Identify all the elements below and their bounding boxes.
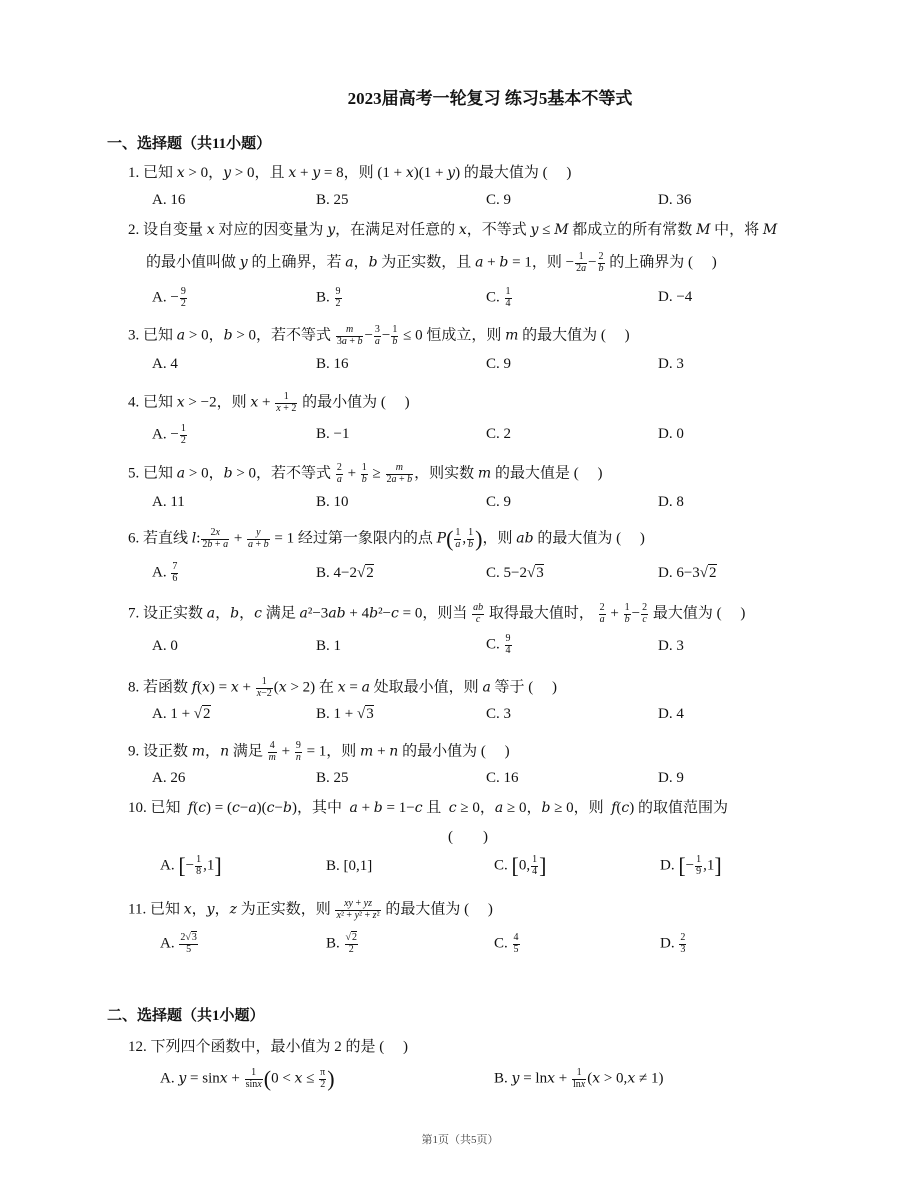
- question-11: 11. 已知 x，y，z 为正实数，则 xy + yzx² + y² + z² …: [128, 899, 493, 921]
- q-text: 已知: [143, 465, 173, 481]
- q-text: 处取最小值，则: [374, 679, 479, 695]
- q-text: 的最大值为 (: [464, 165, 548, 181]
- question-number: 7.: [128, 605, 139, 621]
- q5-option-c[interactable]: C. 9: [486, 495, 511, 510]
- q3-option-a[interactable]: A. 4: [152, 357, 178, 372]
- question-6: 6. 若直线 l:2x2b + a + ya + b = 1 经过第一象限内的点…: [128, 528, 645, 550]
- q-text: ，则: [217, 394, 247, 410]
- q7-option-d[interactable]: D. 3: [658, 639, 684, 654]
- question-number: 8.: [128, 679, 139, 695]
- q-text: ，则: [482, 530, 512, 546]
- q4-option-a[interactable]: A. −12: [152, 424, 188, 446]
- q-text: 已知: [143, 394, 173, 410]
- q-text: ，: [354, 254, 369, 270]
- q-text: 取得最大值时，: [489, 605, 594, 621]
- q8-option-b[interactable]: B. 1 + √3: [316, 707, 374, 722]
- q7-option-c[interactable]: C. 94: [486, 634, 513, 656]
- q1-option-a[interactable]: A. 16: [152, 193, 185, 208]
- question-number: 6.: [128, 530, 139, 546]
- q-text: 已知: [143, 327, 173, 343]
- q10-option-b[interactable]: B. [0,1]: [326, 859, 372, 874]
- question-8: 8. 若函数 f(x) = x + 1x−2(x > 2) 在 x = a 处取…: [128, 677, 557, 699]
- q-text: 的最小值为 (: [402, 743, 486, 759]
- question-2-line-1: 2. 设自变量 x 对应的因变量为 y，在满足对任意的 x，不等式 y ≤ M …: [128, 223, 777, 238]
- q-text: 最大值为 (: [653, 605, 722, 621]
- q5-option-b[interactable]: B. 10: [316, 495, 349, 510]
- question-number: 2.: [128, 222, 139, 238]
- q12-option-b[interactable]: B. y = lnx + 1lnx(x > 0,x ≠ 1): [494, 1068, 663, 1090]
- q-text: ，则: [344, 165, 374, 181]
- q9-option-a[interactable]: A. 26: [152, 771, 185, 786]
- question-number: 11.: [128, 901, 146, 917]
- q8-option-a[interactable]: A. 1 + √2: [152, 707, 211, 722]
- q4-option-b[interactable]: B. −1: [316, 427, 349, 442]
- question-number: 1.: [128, 165, 139, 181]
- question-2-line-2: 的最小值叫做 y 的上确界，若 a，b 为正实数，且 a + b = 1，则 −…: [146, 252, 717, 274]
- question-number: 3.: [128, 327, 139, 343]
- q-text: 已知: [143, 165, 173, 181]
- q6-option-a[interactable]: A. 76: [152, 562, 179, 584]
- q3-option-b[interactable]: B. 16: [316, 357, 349, 372]
- q12-option-a[interactable]: A. y = sinx + 1sinx(0 < x ≤ π2): [160, 1068, 335, 1090]
- q1-option-b[interactable]: B. 25: [316, 193, 349, 208]
- question-5: 5. 已知 a > 0，b > 0，若不等式 2a + 1b ≥ m2a + b…: [128, 463, 602, 485]
- page-title: 2023届高考一轮复习 练习5基本不等式: [0, 90, 920, 107]
- q3-option-d[interactable]: D. 3: [658, 357, 684, 372]
- question-12: 12. 下列四个函数中，最小值为 2 的是 ( ): [128, 1040, 408, 1055]
- q-text: ，则: [326, 743, 356, 759]
- q6-option-c[interactable]: C. 5−2√3: [486, 566, 544, 581]
- q-text: ，在满足对任意的: [335, 222, 455, 238]
- q-text: ，: [209, 465, 224, 481]
- q8-option-c[interactable]: C. 3: [486, 707, 511, 722]
- q-text: 的最大值是 (: [495, 465, 579, 481]
- q-text: ，不等式: [467, 222, 527, 238]
- q-text: 满足: [233, 743, 263, 759]
- q8-option-d[interactable]: D. 4: [658, 707, 684, 722]
- q-text: 对应的因变量为: [218, 222, 323, 238]
- q2-option-b[interactable]: B. 92: [316, 287, 343, 309]
- q-text: 的最大值为 (: [522, 327, 606, 343]
- q-text: 已知: [150, 901, 180, 917]
- q11-option-a[interactable]: A. 2√35: [160, 933, 199, 955]
- page-footer: 第1页（共5页）: [0, 1135, 920, 1146]
- q11-option-d[interactable]: D. 23: [660, 933, 687, 955]
- q-text: ，若不等式: [256, 465, 331, 481]
- q-text: ，其中: [297, 800, 342, 816]
- question-number: 5.: [128, 465, 139, 481]
- q10-option-a[interactable]: A. [−18,1]: [160, 855, 222, 877]
- question-number: 12.: [128, 1039, 147, 1055]
- question-4: 4. 已知 x > −2，则 x + 1x + 2 的最小值为 ( ): [128, 392, 410, 414]
- q1-option-c[interactable]: C. 9: [486, 193, 511, 208]
- q-text: 的最大值为 (: [537, 530, 621, 546]
- q-text: 为正实数，则: [241, 901, 331, 917]
- section-header-2: 二、选择题（共1小题）: [107, 1009, 265, 1024]
- q-text: 且: [426, 800, 441, 816]
- q7-option-a[interactable]: A. 0: [152, 639, 178, 654]
- question-10: 10. 已知 f(c) = (c−a)(c−b)，其中 a + b = 1−c …: [128, 801, 728, 816]
- question-10-paren: ( ): [448, 830, 488, 845]
- q10-option-d[interactable]: D. [−19,1]: [660, 855, 722, 877]
- q6-option-b[interactable]: B. 4−2√2: [316, 566, 374, 581]
- q-text: ，则实数: [414, 465, 474, 481]
- q-text: ，则当: [422, 605, 467, 621]
- q-text: 恒成立，则: [426, 327, 501, 343]
- q-text: 已知: [151, 800, 181, 816]
- q-text: ，则: [574, 800, 604, 816]
- q7-option-b[interactable]: B. 1: [316, 639, 341, 654]
- q-text: ，: [208, 165, 223, 181]
- question-1: 1. 已知 x > 0，y > 0，且 x + y = 8，则 (1 + x)(…: [128, 166, 571, 181]
- q5-option-a[interactable]: A. 11: [152, 495, 185, 510]
- question-7: 7. 设正实数 a，b，c 满足 a²−3ab + 4b²−c = 0，则当 a…: [128, 603, 745, 625]
- q-text: 的最小值叫做: [146, 254, 236, 270]
- q-text: 的取值范围为: [638, 800, 728, 816]
- q-text: 若函数: [143, 679, 188, 695]
- q6-option-d[interactable]: D. 6−3√2: [658, 566, 717, 581]
- q4-option-d[interactable]: D. 0: [658, 427, 684, 442]
- q2-option-a[interactable]: A. −92: [152, 287, 188, 309]
- q-text: 的上确界，若: [251, 254, 341, 270]
- q-text: 的最大值为 (: [385, 901, 469, 917]
- q2-option-d[interactable]: D. −4: [658, 290, 692, 305]
- q9-option-c[interactable]: C. 16: [486, 771, 519, 786]
- q-text: ，则: [532, 254, 562, 270]
- q-text: 满足: [266, 605, 296, 621]
- q-text: 设自变量: [143, 222, 203, 238]
- q-text: 的最小值为 (: [302, 394, 386, 410]
- q-text: 为正实数，且: [381, 254, 471, 270]
- question-number: 4.: [128, 394, 139, 410]
- q9-option-b[interactable]: B. 25: [316, 771, 349, 786]
- q-text: 中，将: [714, 222, 759, 238]
- q-text: 的上确界为 (: [609, 254, 693, 270]
- q9-option-d[interactable]: D. 9: [658, 771, 684, 786]
- q-text: ，: [209, 327, 224, 343]
- q-text: 等于 (: [495, 679, 534, 695]
- q-text: 经过第一象限内的点: [298, 530, 433, 546]
- q1-option-d[interactable]: D. 36: [658, 193, 691, 208]
- question-3: 3. 已知 a > 0，b > 0，若不等式 m3a + b−3a−1b ≤ 0…: [128, 325, 630, 347]
- q11-option-b[interactable]: B. √22: [326, 933, 359, 955]
- q5-option-d[interactable]: D. 8: [658, 495, 684, 510]
- q-text: 设正实数: [143, 605, 203, 621]
- q2-option-c[interactable]: C. 14: [486, 287, 513, 309]
- q10-option-c[interactable]: C. [0,14]: [494, 855, 546, 877]
- question-number: 10.: [128, 800, 147, 816]
- q4-option-c[interactable]: C. 2: [486, 427, 511, 442]
- q-text: 都成立的所有常数: [572, 222, 692, 238]
- q-text: ，若不等式: [256, 327, 331, 343]
- q-text: 设正数: [143, 743, 188, 759]
- question-number: 9.: [128, 743, 139, 759]
- q11-option-c[interactable]: C. 45: [494, 933, 521, 955]
- q-text: 在: [319, 679, 334, 695]
- q-text: 若直线: [143, 530, 188, 546]
- question-9: 9. 设正数 m，n 满足 4m + 9n = 1，则 m + n 的最小值为 …: [128, 741, 510, 763]
- section-header-1: 一、选择题（共11小题）: [107, 137, 271, 152]
- q3-option-c[interactable]: C. 9: [486, 357, 511, 372]
- q-text: 下列四个函数中，最小值为 2 的是 (: [151, 1039, 385, 1055]
- q-text: ，且: [255, 165, 285, 181]
